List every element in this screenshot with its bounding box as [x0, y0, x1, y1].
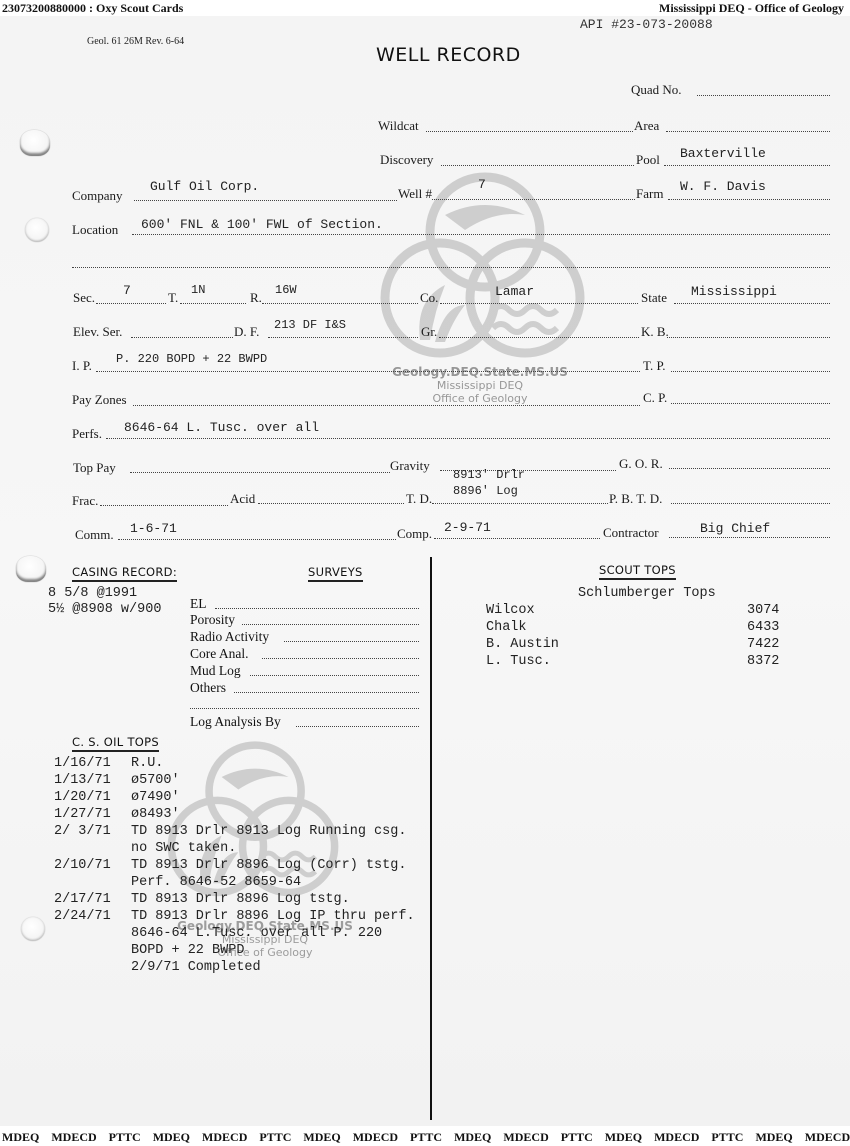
r-label: R.: [250, 290, 262, 306]
df-label: D. F.: [234, 324, 259, 340]
frac-field[interactable]: [100, 505, 228, 506]
footer-item: MDEQ: [755, 1126, 792, 1146]
casing-record-heading: CASING RECORD:: [72, 565, 177, 582]
contractor-value: Big Chief: [700, 521, 770, 536]
log-date: 1/13/71: [54, 772, 111, 789]
discovery-label: Discovery: [380, 152, 433, 168]
location-field[interactable]: [132, 234, 830, 235]
scout-top-formation: B. Austin: [486, 636, 559, 653]
td-label: T. D.: [406, 491, 432, 507]
elev-ser-field[interactable]: [131, 337, 233, 338]
comp-field[interactable]: [434, 538, 600, 539]
survey-mud-log-field[interactable]: [250, 675, 419, 676]
gravity-label: Gravity: [390, 458, 430, 474]
location-label: Location: [72, 222, 118, 238]
footer-item: MDECD: [503, 1126, 548, 1146]
farm-value: W. F. Davis: [680, 179, 766, 194]
log-date: 2/24/71: [54, 908, 111, 925]
comp-value: 2-9-71: [444, 520, 491, 535]
hole-punch-icon: [25, 218, 49, 242]
farm-field[interactable]: [668, 199, 830, 200]
footer-item: PTTC: [410, 1126, 442, 1146]
footer-item: MDECD: [51, 1126, 96, 1146]
tp-label: T. P.: [643, 358, 666, 374]
frac-label: Frac.: [72, 493, 98, 509]
comm-value: 1-6-71: [130, 521, 177, 536]
footer-item: MDEQ: [303, 1126, 340, 1146]
gr-label: Gr.: [421, 324, 437, 340]
perfs-label: Perfs.: [72, 426, 102, 442]
scout-top-depth: 3074: [747, 602, 779, 619]
company-label: Company: [72, 188, 123, 204]
footer-sponsors: MDEQMDECDPTTCMDEQMDECDPTTCMDEQMDECDPTTCM…: [0, 1126, 850, 1146]
quad-no-field[interactable]: [697, 95, 830, 96]
contractor-field[interactable]: [669, 537, 830, 538]
elev-ser-label: Elev. Ser.: [73, 324, 122, 340]
log-text: TD 8913 Drlr 8896 Log IP thru perf.: [131, 908, 415, 925]
survey-blank-field[interactable]: [190, 708, 419, 709]
survey-el-field[interactable]: [215, 608, 419, 609]
log-text: 2/9/71 Completed: [131, 959, 261, 976]
survey-core-anal-field[interactable]: [262, 658, 419, 659]
log-text: ø8493': [131, 806, 180, 823]
farm-label: Farm: [636, 186, 663, 202]
top-pay-label: Top Pay: [73, 460, 116, 476]
location-field-line2[interactable]: [72, 267, 830, 268]
state-label: State: [641, 290, 667, 306]
pay-zones-label: Pay Zones: [72, 392, 127, 408]
form-number: Geol. 61 26M Rev. 6-64: [87, 36, 184, 47]
survey-porosity-field[interactable]: [242, 624, 419, 625]
log-text: ø5700': [131, 772, 180, 789]
scout-tops-heading: SCOUT TOPS: [599, 563, 676, 580]
footer-item: MDEQ: [153, 1126, 190, 1146]
acid-field[interactable]: [258, 503, 404, 504]
scout-top-depth: 6433: [747, 619, 779, 636]
df-field[interactable]: [268, 337, 418, 338]
cs-oil-tops-heading: C. S. OIL TOPS: [72, 735, 159, 752]
area-label: Area: [634, 118, 659, 134]
comp-label: Comp.: [397, 526, 432, 542]
log-text: 8646-64 L.Tusc. over all P. 220: [131, 925, 382, 942]
footer-item: MDEQ: [454, 1126, 491, 1146]
log-date: 2/10/71: [54, 857, 111, 874]
sec-field[interactable]: [96, 303, 166, 304]
log-date: 1/27/71: [54, 806, 111, 823]
casing-record-line: 5½ @8908 w/900: [48, 601, 161, 618]
tp-field[interactable]: [671, 371, 830, 372]
survey-mud-log-label: Mud Log: [190, 663, 241, 679]
r-field[interactable]: [262, 303, 418, 304]
td-field[interactable]: [432, 503, 608, 504]
ip-label: I. P.: [72, 358, 92, 374]
log-text: TD 8913 Drlr 8896 Log tstg.: [131, 891, 350, 908]
survey-radio-activity-field[interactable]: [284, 641, 419, 642]
footer-item: MDECD: [805, 1126, 850, 1146]
sec-label: Sec.: [73, 290, 95, 306]
kb-field[interactable]: [667, 337, 830, 338]
survey-others-label: Others: [190, 680, 226, 696]
log-analysis-by-field[interactable]: [296, 726, 419, 727]
comm-field[interactable]: [118, 539, 396, 540]
scout-top-depth: 8372: [747, 653, 779, 670]
discovery-field[interactable]: [441, 165, 634, 166]
footer-item: PTTC: [259, 1126, 291, 1146]
survey-porosity-label: Porosity: [190, 612, 235, 628]
footer-item: PTTC: [711, 1126, 743, 1146]
contractor-label: Contractor: [603, 525, 659, 541]
footer-item: MDECD: [353, 1126, 398, 1146]
t-field[interactable]: [180, 303, 246, 304]
perfs-value: 8646-64 L. Tusc. over all: [124, 420, 319, 435]
t-value: 1N: [191, 283, 205, 297]
footer-item: MDEQ: [2, 1126, 39, 1146]
cp-field[interactable]: [671, 403, 830, 404]
acid-label: Acid: [230, 491, 255, 507]
pbtd-field[interactable]: [671, 503, 830, 504]
survey-core-anal-label: Core Anal.: [190, 646, 249, 662]
log-date: 1/20/71: [54, 789, 111, 806]
company-field[interactable]: [134, 200, 397, 201]
scout-tops-subheading: Schlumberger Tops: [578, 585, 716, 602]
api-number: API #23-073-20088: [580, 17, 713, 32]
company-value: Gulf Oil Corp.: [150, 179, 259, 194]
t-label: T.: [168, 290, 178, 306]
wildcat-field[interactable]: [426, 131, 633, 132]
sec-value: 7: [123, 283, 131, 298]
survey-radio-activity-label: Radio Activity: [190, 629, 269, 645]
ip-value: P. 220 BOPD + 22 BWPD: [116, 352, 267, 366]
top-pay-field[interactable]: [130, 472, 390, 473]
area-field[interactable]: [666, 131, 830, 132]
log-date: 2/ 3/71: [54, 823, 111, 840]
watermark-office: Office of Geology: [380, 392, 580, 405]
df-value: 213 DF I&S: [274, 318, 346, 332]
log-date: 2/17/71: [54, 891, 111, 908]
wildcat-label: Wildcat: [378, 118, 419, 134]
survey-others-field[interactable]: [234, 692, 419, 693]
page-title: WELL RECORD: [376, 44, 521, 66]
footer-item: MDECD: [202, 1126, 247, 1146]
pbtd-label: P. B. T. D.: [609, 491, 662, 507]
log-text: TD 8913 Drlr 8896 Log (Corr) tstg.: [131, 857, 406, 874]
comm-label: Comm.: [75, 527, 114, 543]
state-value: Mississippi: [691, 284, 777, 299]
co-field[interactable]: [440, 303, 638, 304]
casing-record-line: 8 5/8 @1991: [48, 585, 137, 602]
scout-top-formation: Wilcox: [486, 602, 535, 619]
well-no-value: 7: [478, 177, 486, 192]
column-divider: [430, 557, 432, 1120]
pool-label: Pool: [636, 152, 660, 168]
log-text: TD 8913 Drlr 8913 Log Running csg.: [131, 823, 406, 840]
scout-top-formation: L. Tusc.: [486, 653, 551, 670]
scout-top-depth: 7422: [747, 636, 779, 653]
scout-top-formation: Chalk: [486, 619, 527, 636]
well-no-label: Well #: [398, 186, 432, 202]
publisher-title: Mississippi DEQ - Office of Geology: [659, 0, 844, 16]
location-value: 600' FNL & 100' FWL of Section.: [141, 217, 383, 232]
log-text: ø7490': [131, 789, 180, 806]
gr-field[interactable]: [439, 337, 639, 338]
quad-no-label: Quad No.: [631, 82, 682, 98]
cp-label: C. P.: [643, 390, 667, 406]
log-text: no SWC taken.: [131, 840, 236, 857]
log-date: 1/16/71: [54, 755, 111, 772]
kb-label: K. B.: [641, 324, 669, 340]
footer-item: PTTC: [561, 1126, 593, 1146]
pool-value: Baxterville: [680, 146, 766, 161]
hole-punch-icon: [20, 130, 50, 156]
pay-zones-field[interactable]: [133, 405, 640, 406]
footer-item: MDECD: [654, 1126, 699, 1146]
td-value-drlr: 8913' Drlr: [453, 468, 525, 482]
perfs-field[interactable]: [106, 438, 830, 439]
hole-punch-icon: [16, 556, 46, 582]
gor-field[interactable]: [669, 468, 830, 469]
gor-label: G. O. R.: [619, 456, 663, 472]
ip-field[interactable]: [96, 371, 640, 372]
log-text: R.U.: [131, 755, 163, 772]
co-value: Lamar: [495, 284, 534, 299]
r-value: 16W: [275, 283, 297, 297]
document-id-title: 23073200880000 : Oxy Scout Cards: [2, 0, 183, 16]
log-text: Perf. 8646-52 8659-64: [131, 874, 301, 891]
survey-el-label: EL: [190, 596, 207, 612]
watermark-url: Geology.DEQ.State.MS.US: [380, 366, 580, 379]
hole-punch-icon: [21, 917, 45, 941]
state-field[interactable]: [674, 303, 830, 304]
watermark-org: Mississippi DEQ: [380, 379, 580, 392]
td-value-log: 8896' Log: [453, 484, 518, 498]
pool-field[interactable]: [664, 165, 830, 166]
footer-item: PTTC: [109, 1126, 141, 1146]
surveys-heading: SURVEYS: [308, 565, 363, 582]
footer-item: MDEQ: [605, 1126, 642, 1146]
page-header: 23073200880000 : Oxy Scout Cards Mississ…: [0, 0, 850, 16]
log-text: BOPD + 22 BWPD: [131, 942, 244, 959]
co-label: Co.: [420, 290, 438, 306]
well-no-field[interactable]: [432, 199, 635, 200]
